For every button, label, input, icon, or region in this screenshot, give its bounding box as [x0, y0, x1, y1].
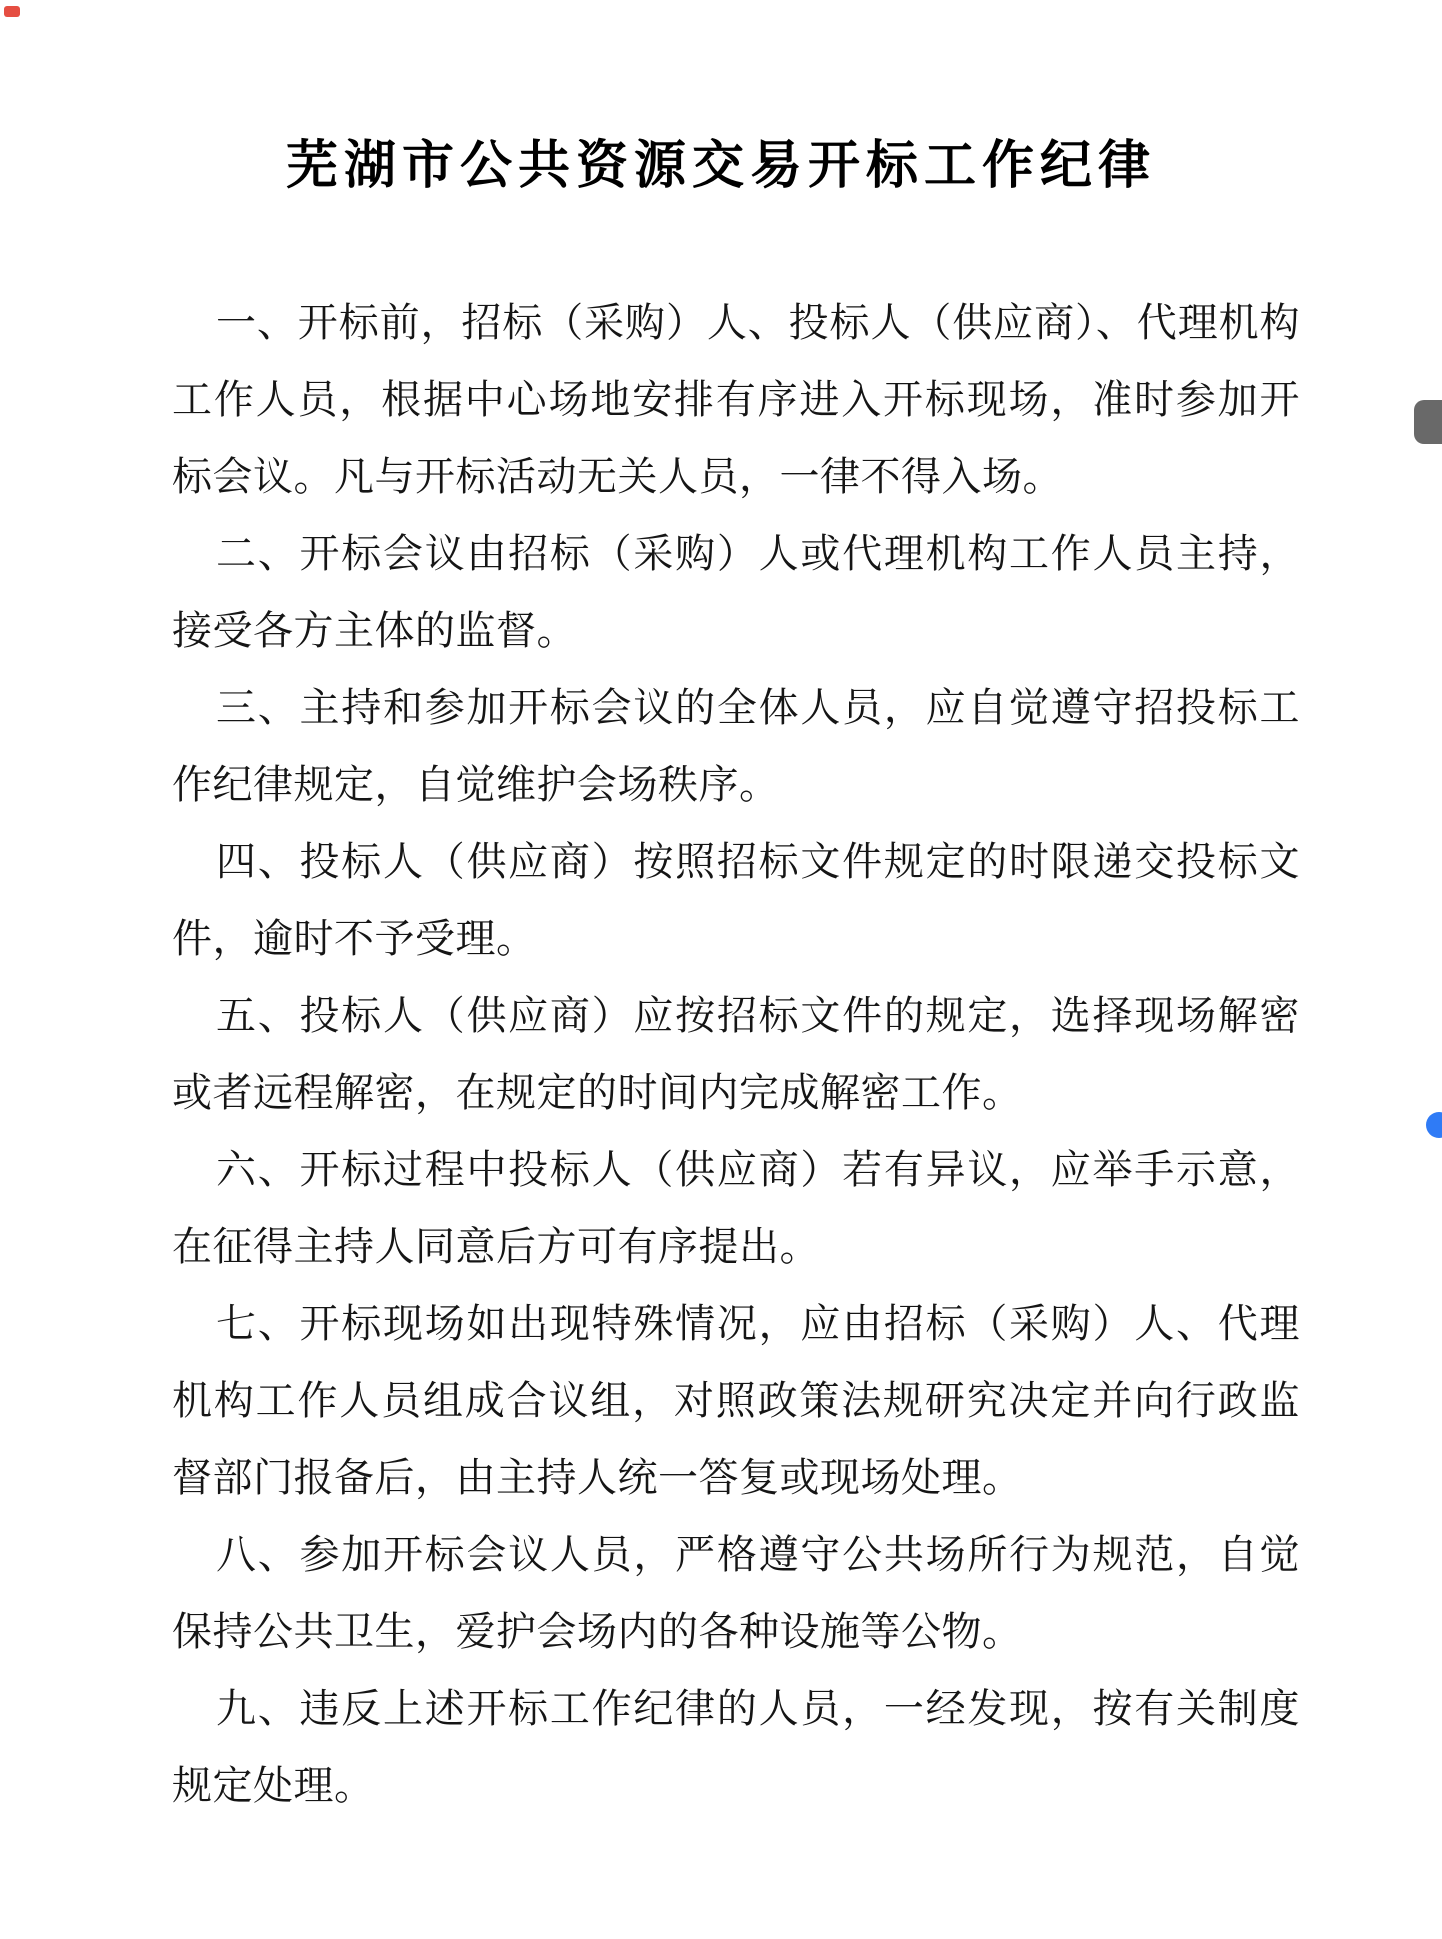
floating-gray-button[interactable]: [1414, 400, 1442, 444]
red-corner-mark-icon: [4, 6, 20, 17]
paragraph-3: 三、主持和参加开标会议的全体人员，应自觉遵守招投标工作纪律规定，自觉维护会场秩序…: [172, 669, 1300, 823]
document-title: 芜湖市公共资源交易开标工作纪律: [0, 0, 1442, 198]
paragraph-6: 六、开标过程中投标人（供应商）若有异议，应举手示意，在征得主持人同意后方可有序提…: [172, 1131, 1300, 1285]
document-body: 一、开标前，招标（采购）人、投标人（供应商）、代理机构工作人员，根据中心场地安排…: [0, 284, 1442, 1824]
paragraph-7: 七、开标现场如出现特殊情况，应由招标（采购）人、代理机构工作人员组成合议组，对照…: [172, 1285, 1300, 1516]
document-page: 芜湖市公共资源交易开标工作纪律 一、开标前，招标（采购）人、投标人（供应商）、代…: [0, 0, 1442, 1939]
paragraph-1: 一、开标前，招标（采购）人、投标人（供应商）、代理机构工作人员，根据中心场地安排…: [172, 284, 1300, 515]
paragraph-8: 八、参加开标会议人员，严格遵守公共场所行为规范，自觉保持公共卫生，爱护会场内的各…: [172, 1516, 1300, 1670]
paragraph-4: 四、投标人（供应商）按照招标文件规定的时限递交投标文件，逾时不予受理。: [172, 823, 1300, 977]
paragraph-2: 二、开标会议由招标（采购）人或代理机构工作人员主持，接受各方主体的监督。: [172, 515, 1300, 669]
paragraph-5: 五、投标人（供应商）应按招标文件的规定，选择现场解密或者远程解密，在规定的时间内…: [172, 977, 1300, 1131]
paragraph-9: 九、违反上述开标工作纪律的人员，一经发现，按有关制度规定处理。: [172, 1670, 1300, 1824]
